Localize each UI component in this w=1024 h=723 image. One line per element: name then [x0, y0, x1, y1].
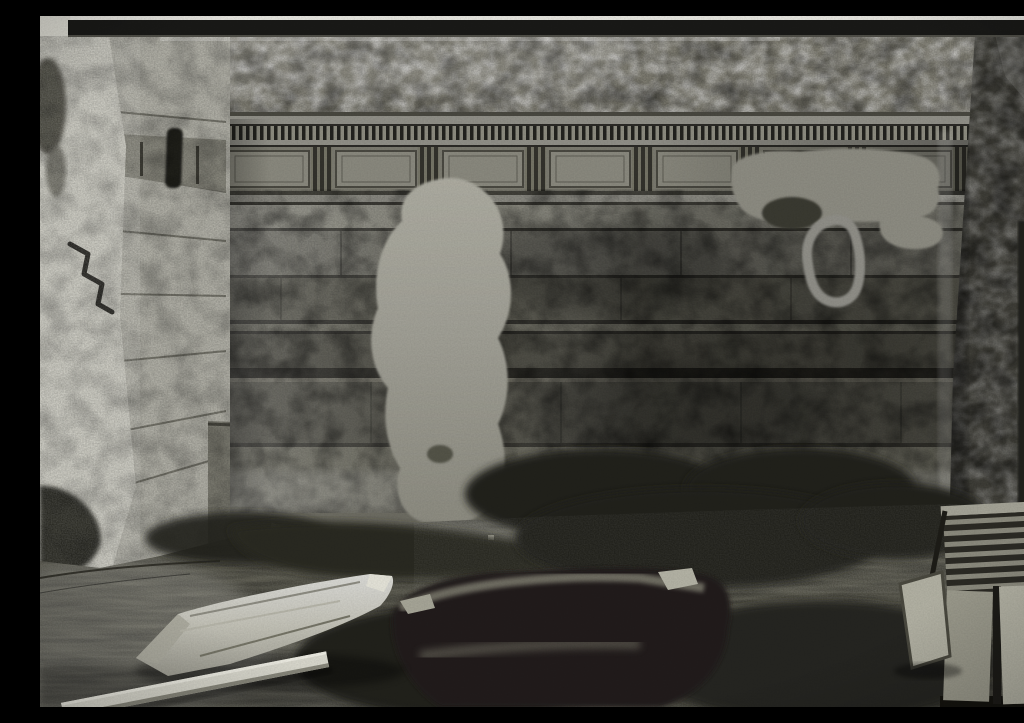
photo-finish	[40, 16, 1024, 707]
photograph: Black and white photograph of a ruined a…	[40, 16, 1024, 707]
vignette	[40, 16, 1024, 707]
photo-frame: Monochrome archaeological photograph loo…	[40, 16, 1024, 707]
